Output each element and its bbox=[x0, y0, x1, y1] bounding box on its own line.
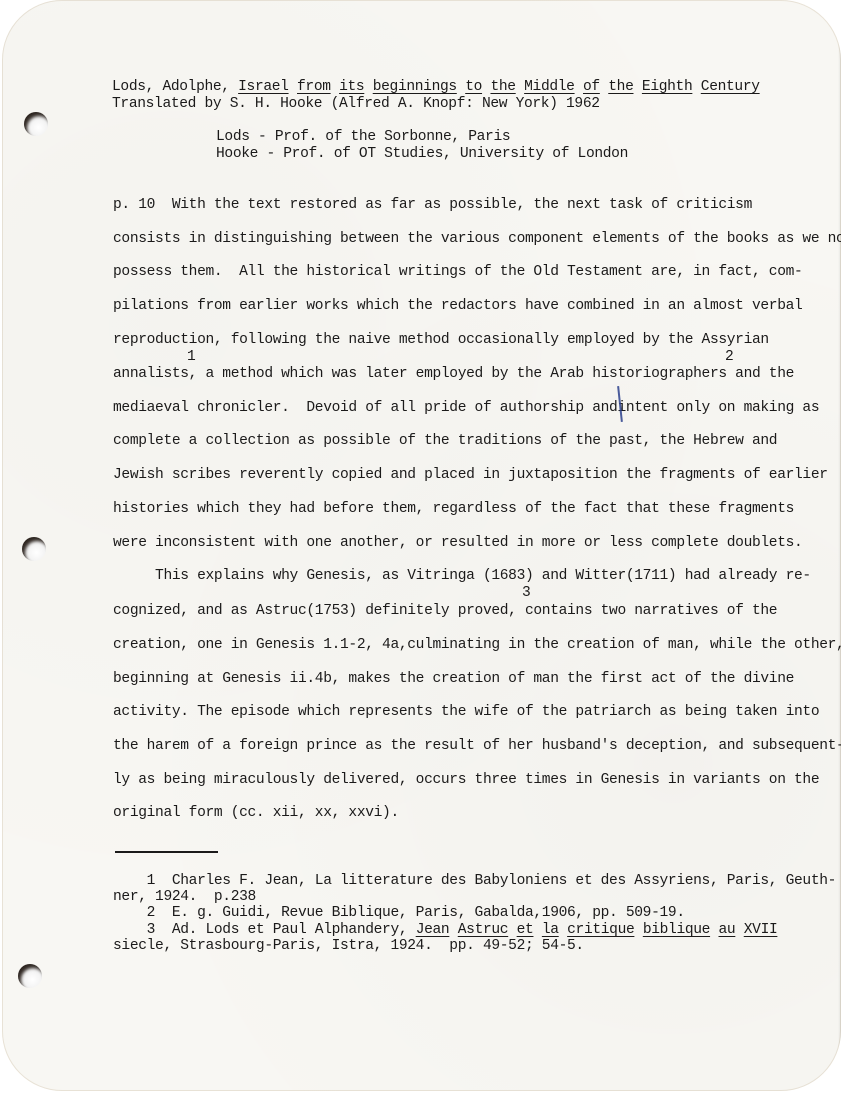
footnote-marker-2: 2 bbox=[725, 349, 734, 365]
body-line: the harem of a foreign prince as the res… bbox=[113, 739, 841, 754]
punch-hole-middle bbox=[22, 537, 46, 561]
book-title-word: beginnings bbox=[373, 79, 457, 95]
book-title-word: Middle bbox=[524, 79, 574, 95]
body-line: This explains why Genesis, as Vitringa (… bbox=[113, 569, 811, 584]
body-line: possess them. All the historical writing… bbox=[113, 265, 802, 280]
body-line: ly as being miraculously delivered, occu… bbox=[113, 773, 819, 788]
body-line: reproduction, following the naive method… bbox=[113, 333, 769, 348]
footnote-title-word: Jean bbox=[416, 922, 450, 938]
book-title-word: Israel bbox=[238, 79, 288, 95]
typed-page: Lods, Adolphe, Israel from its beginning… bbox=[2, 0, 841, 1091]
body-line: beginning at Genesis ii.4b, makes the cr… bbox=[113, 672, 794, 687]
footnote-3-authors: 3 Ad. Lods et Paul Alphandery, bbox=[113, 922, 416, 938]
body-line: were inconsistent with one another, or r… bbox=[113, 536, 802, 551]
book-title-word: from bbox=[297, 79, 331, 95]
body-line: creation, one in Genesis 1.1-2, 4a,culmi… bbox=[113, 638, 841, 653]
body-line: histories which they had before them, re… bbox=[113, 502, 794, 517]
body-line: complete a collection as possible of the… bbox=[113, 434, 777, 449]
footnote-title-word: XVII bbox=[744, 922, 778, 938]
body-line: Jewish scribes reverently copied and pla… bbox=[113, 468, 828, 483]
author-note-lods: Lods - Prof. of the Sorbonne, Paris bbox=[216, 130, 510, 145]
footnote-separator bbox=[115, 851, 218, 853]
body-line: cognized, and as Astruc(1753) definitely… bbox=[113, 604, 777, 619]
citation-line-1: Lods, Adolphe, Israel from its beginning… bbox=[112, 80, 760, 95]
body-line: annalists, a method which was later empl… bbox=[113, 367, 794, 382]
book-title-word: Eighth bbox=[642, 79, 692, 95]
footnote-1-line-1: 1 Charles F. Jean, La litterature des Ba… bbox=[113, 874, 836, 889]
footnote-marker-3: 3 bbox=[522, 585, 531, 601]
footnote-3-line-1: 3 Ad. Lods et Paul Alphandery, Jean Astr… bbox=[113, 923, 777, 938]
punch-hole-bottom bbox=[18, 964, 42, 988]
book-title-word: to bbox=[465, 79, 482, 95]
body-line: consists in distinguishing between the v… bbox=[113, 232, 841, 247]
footnote-title-word: critique bbox=[567, 922, 634, 938]
footnote-title-word: Astruc bbox=[458, 922, 508, 938]
book-title-word: of bbox=[583, 79, 600, 95]
footnote-marker-1: 1 bbox=[187, 349, 196, 365]
footnote-2: 2 E. g. Guidi, Revue Biblique, Paris, Ga… bbox=[113, 906, 685, 921]
footnote-title-word: au bbox=[719, 922, 736, 938]
page-edge-shadow bbox=[838, 40, 841, 1050]
body-line: pilations from earlier works which the r… bbox=[113, 299, 802, 314]
book-title-word: its bbox=[339, 79, 364, 95]
body-line: p. 10 With the text restored as far as p… bbox=[113, 198, 752, 213]
body-line: mediaeval chronicler. Devoid of all prid… bbox=[113, 401, 819, 416]
footnote-title-word: biblique bbox=[643, 922, 710, 938]
footnote-1-line-2: ner, 1924. p.238 bbox=[113, 890, 256, 905]
footnote-title-word: la bbox=[542, 922, 559, 938]
book-title-word: the bbox=[490, 79, 515, 95]
citation-line-2: Translated by S. H. Hooke (Alfred A. Kno… bbox=[112, 97, 600, 112]
footnote-title-word: et bbox=[517, 922, 534, 938]
citation-author: Lods, Adolphe, bbox=[112, 79, 238, 95]
body-line: activity. The episode which represents t… bbox=[113, 705, 819, 720]
footnote-3-line-2: siecle, Strasbourg-Paris, Istra, 1924. p… bbox=[113, 939, 584, 954]
author-note-hooke: Hooke - Prof. of OT Studies, University … bbox=[216, 147, 628, 162]
punch-hole-top bbox=[24, 112, 48, 136]
book-title-word: the bbox=[608, 79, 633, 95]
book-title-word: Century bbox=[701, 79, 760, 95]
body-line: original form (cc. xii, xx, xxvi). bbox=[113, 806, 399, 821]
